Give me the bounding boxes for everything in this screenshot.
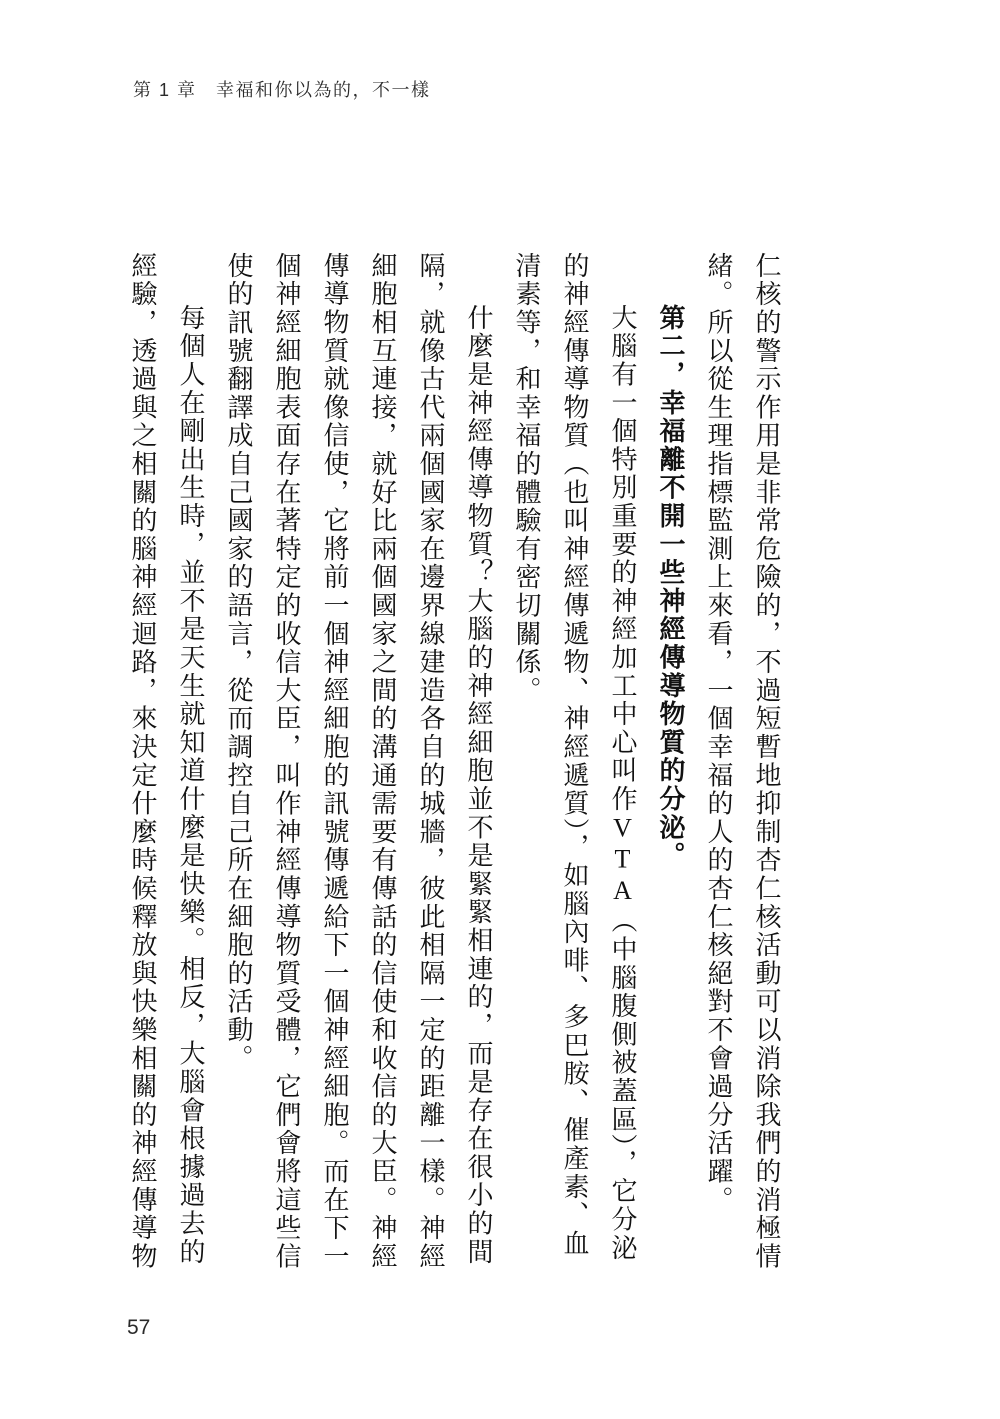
paragraph-vta: 大腦有一個特別重要的神經加工中心叫作VTA（中腦腹側被蓋區），它分泌的神經傳導物… — [502, 252, 646, 1274]
section-heading: 第二，幸福離不開一些神經傳導物質的分泌。 — [646, 252, 694, 1274]
paragraph-birth-experience: 每個人在剛出生時，並不是天生就知道什麼是快樂。相反，大腦會根據過去的經驗，透過與… — [118, 252, 214, 1274]
page-number: 57 — [127, 1316, 150, 1340]
paragraph-neurotransmitter-explain: 什麼是神經傳導物質？大腦的神經細胞並不是緊緊相連的，而是存在很小的間隔，就像古代… — [214, 252, 502, 1274]
chapter-header: 第 1 章 幸福和你以為的，不一樣 — [133, 76, 431, 102]
vta-acronym: VTA — [608, 813, 637, 907]
book-page: { "page": { "header": "第 1 章 幸福和你以為的，不一樣… — [0, 0, 1000, 1419]
paragraph-vta-before: 大腦有一個特別重要的神經加工中心叫作 — [608, 304, 637, 813]
vertical-text-block: 仁核的警示作用是非常危險的，不過短暫地抑制杏仁核活動可以消除我們的消極情緒。所以… — [118, 252, 790, 1274]
paragraph-continuation: 仁核的警示作用是非常危險的，不過短暫地抑制杏仁核活動可以消除我們的消極情緒。所以… — [694, 252, 790, 1274]
